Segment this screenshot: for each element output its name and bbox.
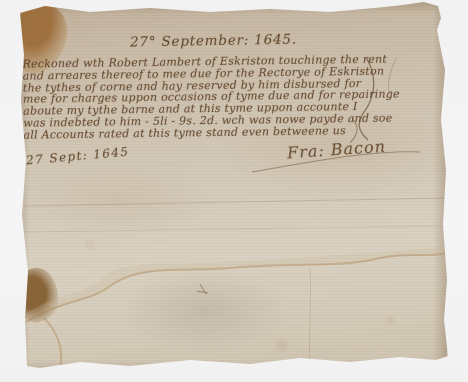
tide-line-descender xyxy=(44,318,61,368)
manuscript-body: Reckoned wth Robert Lambert of Eskriston… xyxy=(22,53,400,141)
heading-date: 27° September: 1645. xyxy=(130,32,297,51)
photograph-background: 27° September: 1645. Reckoned wth Robert… xyxy=(0,0,468,382)
manuscript-paper: 27° September: 1645. Reckoned wth Robert… xyxy=(0,0,468,382)
crease-line-lower xyxy=(24,226,447,232)
vertical-crease xyxy=(309,268,310,366)
crease-line-upper xyxy=(24,198,447,206)
ink-blot-mark xyxy=(197,284,208,294)
